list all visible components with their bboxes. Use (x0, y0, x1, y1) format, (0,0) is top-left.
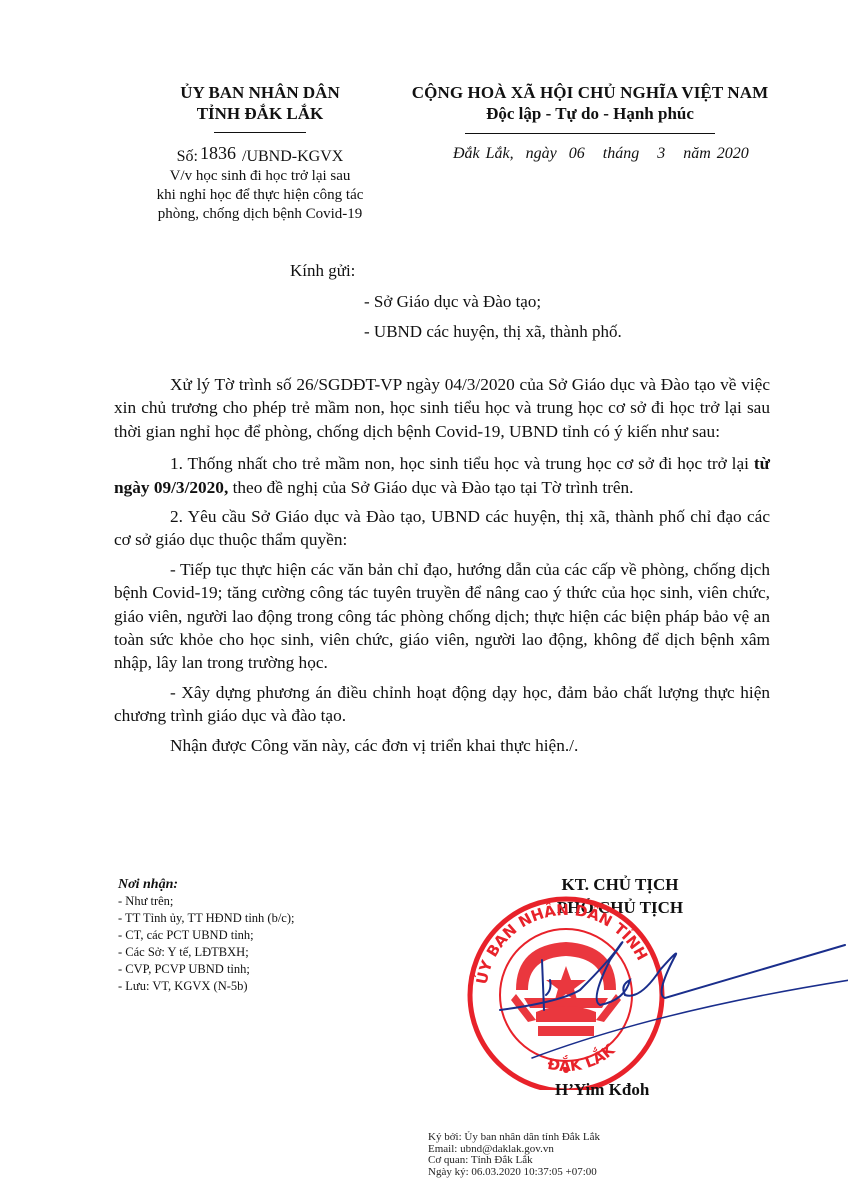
number-prefix: Số: (177, 148, 198, 165)
subject-line: phòng, chống dịch bệnh Covid-19 (110, 205, 410, 224)
signed-by: Ký bởi: Ủy ban nhân dân tỉnh Đắk Lắk (428, 1132, 600, 1144)
distribution-list: Nơi nhận: - Như trên; - TT Tỉnh ủy, TT H… (118, 876, 295, 995)
document-number: Số:1836/UBND-KGVX (110, 143, 410, 167)
digital-signature-info: Ký bởi: Ủy ban nhân dân tỉnh Đắk Lắk Ema… (428, 1132, 600, 1178)
distribution-item: - Các Sở: Y tế, LĐTBXH; (118, 944, 295, 961)
distribution-item: - CVP, PCVP UBND tỉnh; (118, 961, 295, 978)
recipient-item: - Sở Giáo dục và Đào tạo; (364, 289, 541, 315)
header-right-rule (465, 133, 715, 134)
bullet-paragraph: - Tiếp tục thực hiện các văn bản chỉ đạo… (114, 558, 770, 675)
recipients-label: Kính gửi: (290, 258, 355, 284)
distribution-heading: Nơi nhận: (118, 876, 295, 893)
distribution-item: - Lưu: VT, KGVX (N-5b) (118, 978, 295, 995)
subject-line: V/v học sinh đi học trở lại sau (110, 167, 410, 186)
signer-agency: Cơ quan: Tỉnh Đắk Lắk (428, 1155, 600, 1167)
bullet-paragraph: - Xây dựng phương án điều chỉnh hoạt độn… (114, 681, 770, 728)
item-2-paragraph: 2. Yêu cầu Sở Giáo dục và Đào tạo, UBND … (114, 505, 770, 552)
distribution-item: - CT, các PCT UBND tỉnh; (118, 927, 295, 944)
handwritten-signature-icon (460, 940, 848, 1060)
signed-at: Ngày ký: 06.03.2020 10:37:05 +07:00 (428, 1167, 600, 1179)
org-name-line1: ỦY BAN NHÂN DÂN (110, 82, 410, 103)
distribution-item: - TT Tỉnh ủy, TT HĐND tỉnh (b/c); (118, 910, 295, 927)
distribution-item: - Như trên; (118, 893, 295, 910)
national-title: CỘNG HOÀ XÃ HỘI CHỦ NGHĨA VIỆT NAM (385, 82, 795, 103)
closing-paragraph: Nhận được Công văn này, các đơn vị triển… (114, 734, 770, 757)
org-name-line2: TỈNH ĐẮK LẮK (110, 103, 410, 124)
national-motto: Độc lập - Tự do - Hạnh phúc (385, 103, 795, 124)
document-body: Xử lý Tờ trình số 26/SGDĐT-VP ngày 04/3/… (114, 373, 770, 766)
header-left-rule (214, 132, 306, 133)
issue-date: Đắk Lắk, ngày 06 tháng 3 năm 2020 (453, 144, 795, 164)
recipient-item: - UBND các huyện, thị xã, thành phố. (364, 319, 622, 345)
item-1-paragraph: 1. Thống nhất cho trẻ mầm non, học sinh … (114, 452, 770, 499)
subject-line: khi nghỉ học để thực hiện công tác (110, 186, 410, 205)
number-value: 1836 (200, 143, 236, 163)
signer-name: H’Yim Kđoh (555, 1080, 649, 1100)
issuing-authority-block: ỦY BAN NHÂN DÂN TỈNH ĐẮK LẮK Số:1836/UBN… (110, 82, 410, 224)
national-heading-block: CỘNG HOÀ XÃ HỘI CHỦ NGHĨA VIỆT NAM Độc l… (385, 82, 795, 164)
number-suffix: /UBND-KGVX (242, 148, 343, 165)
intro-paragraph: Xử lý Tờ trình số 26/SGDĐT-VP ngày 04/3/… (114, 373, 770, 443)
